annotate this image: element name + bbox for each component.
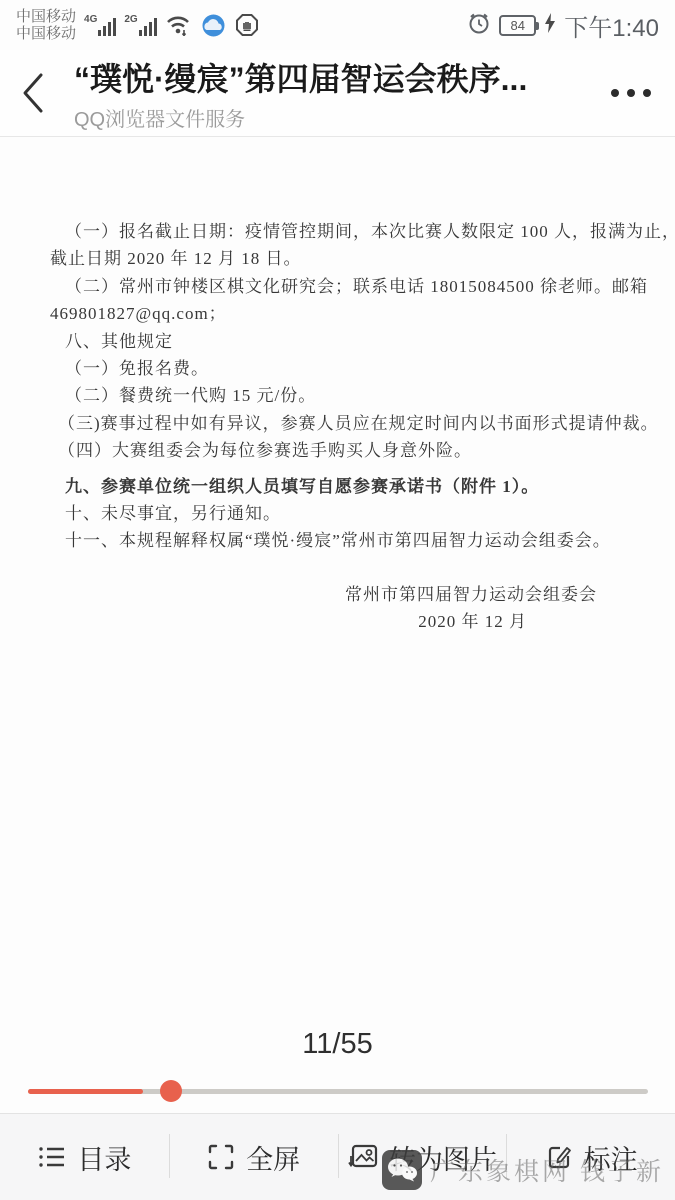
slider-thumb[interactable] (160, 1080, 182, 1102)
back-button[interactable] (20, 71, 60, 115)
doc-line: （二）常州市钟楼区棋文化研究会；联系电话 18015084500 徐老师。邮箱 (50, 273, 645, 300)
carrier-secondary: 中国移动 (16, 25, 76, 42)
cloud-app-icon (201, 13, 226, 38)
status-bar-right: 84 下午1:40 (467, 8, 659, 43)
document-source: QQ浏览器文件服务 (74, 103, 597, 132)
signature-organization: 常州市第四届智力运动会组委会 (50, 581, 645, 608)
battery-icon: 84 (499, 15, 536, 36)
charging-bolt-icon (544, 13, 556, 38)
carrier-primary: 中国移动 (16, 8, 76, 25)
doc-line: （一）报名截止日期：疫情管控期间，本次比赛人数限定 100 人，报满为止， (50, 218, 645, 245)
wechat-icon (382, 1150, 422, 1190)
doc-line: 469801827@qq.com； (50, 300, 645, 327)
doc-line: 截止日期 2020 年 12 月 18 日。 (50, 245, 645, 272)
clock-time: 下午1:40 (564, 8, 659, 43)
slider-fill (28, 1089, 143, 1094)
doc-line: 八、其他规定 (50, 328, 645, 355)
watermark-text: 广东象棋网 钱子新 (430, 1152, 664, 1188)
signature-date: 2020 年 12 月 (50, 608, 645, 635)
doc-line-bold: 九、参赛单位统一组织人员填写自愿参赛承诺书（附件 1）。 (50, 473, 645, 500)
phone-screen: 中国移动 中国移动 4G 2G (0, 0, 675, 1200)
doc-line: （三)赛事过程中如有异议，参赛人员应在规定时间内以书面形式提请仲裁。 (50, 410, 645, 437)
doc-line: 十一、本规程解释权属“璞悦·缦宸”常州市第四届智力运动会组委会。 (50, 527, 645, 554)
alarm-clock-icon (467, 11, 491, 40)
page-progress-slider[interactable] (28, 1080, 648, 1102)
network-type-label: 4G (84, 14, 97, 25)
toc-button[interactable]: 目录 (0, 1114, 169, 1200)
wifi-icon (166, 14, 192, 36)
signal-bars-icon (98, 18, 116, 36)
fullscreen-label: 全屏 (246, 1138, 300, 1177)
status-bar: 中国移动 中国移动 4G 2G (0, 0, 675, 50)
carrier-labels: 中国移动 中国移动 (16, 8, 76, 42)
fullscreen-icon (206, 1142, 236, 1172)
toc-label: 目录 (77, 1138, 131, 1177)
doc-line: 十、未尽事宜，另行通知。 (50, 500, 645, 527)
doc-line: （二）餐费统一代购 15 元/份。 (50, 382, 645, 409)
network-type-label-2: 2G (124, 14, 137, 25)
watermark: 广东象棋网 钱子新 (382, 1150, 664, 1190)
to-image-icon (347, 1142, 379, 1172)
doc-line: （一）免报名费。 (50, 355, 645, 382)
document-page[interactable]: （一）报名截止日期：疫情管控期间，本次比赛人数限定 100 人，报满为止， 截止… (0, 138, 675, 1018)
stop-hand-icon (235, 13, 259, 37)
document-title: “璞悦·缦宸”第四届智运会秩序... (74, 54, 597, 100)
signal-strength-icon-2: 2G (124, 14, 156, 36)
more-menu-button[interactable] (607, 79, 655, 107)
header-titles: “璞悦·缦宸”第四届智运会秩序... QQ浏览器文件服务 (74, 54, 597, 132)
header: “璞悦·缦宸”第四届智运会秩序... QQ浏览器文件服务 (0, 50, 675, 137)
doc-line: （四）大赛组委会为每位参赛选手购买人身意外险。 (50, 437, 645, 464)
battery-percent: 84 (511, 18, 525, 33)
fullscreen-button[interactable]: 全屏 (169, 1114, 338, 1200)
back-icon (20, 71, 46, 115)
page-indicator: 11/55 (0, 1028, 675, 1061)
toc-icon (37, 1142, 67, 1172)
signal-bars-icon (139, 18, 157, 36)
signal-strength-icon: 4G (84, 14, 116, 36)
